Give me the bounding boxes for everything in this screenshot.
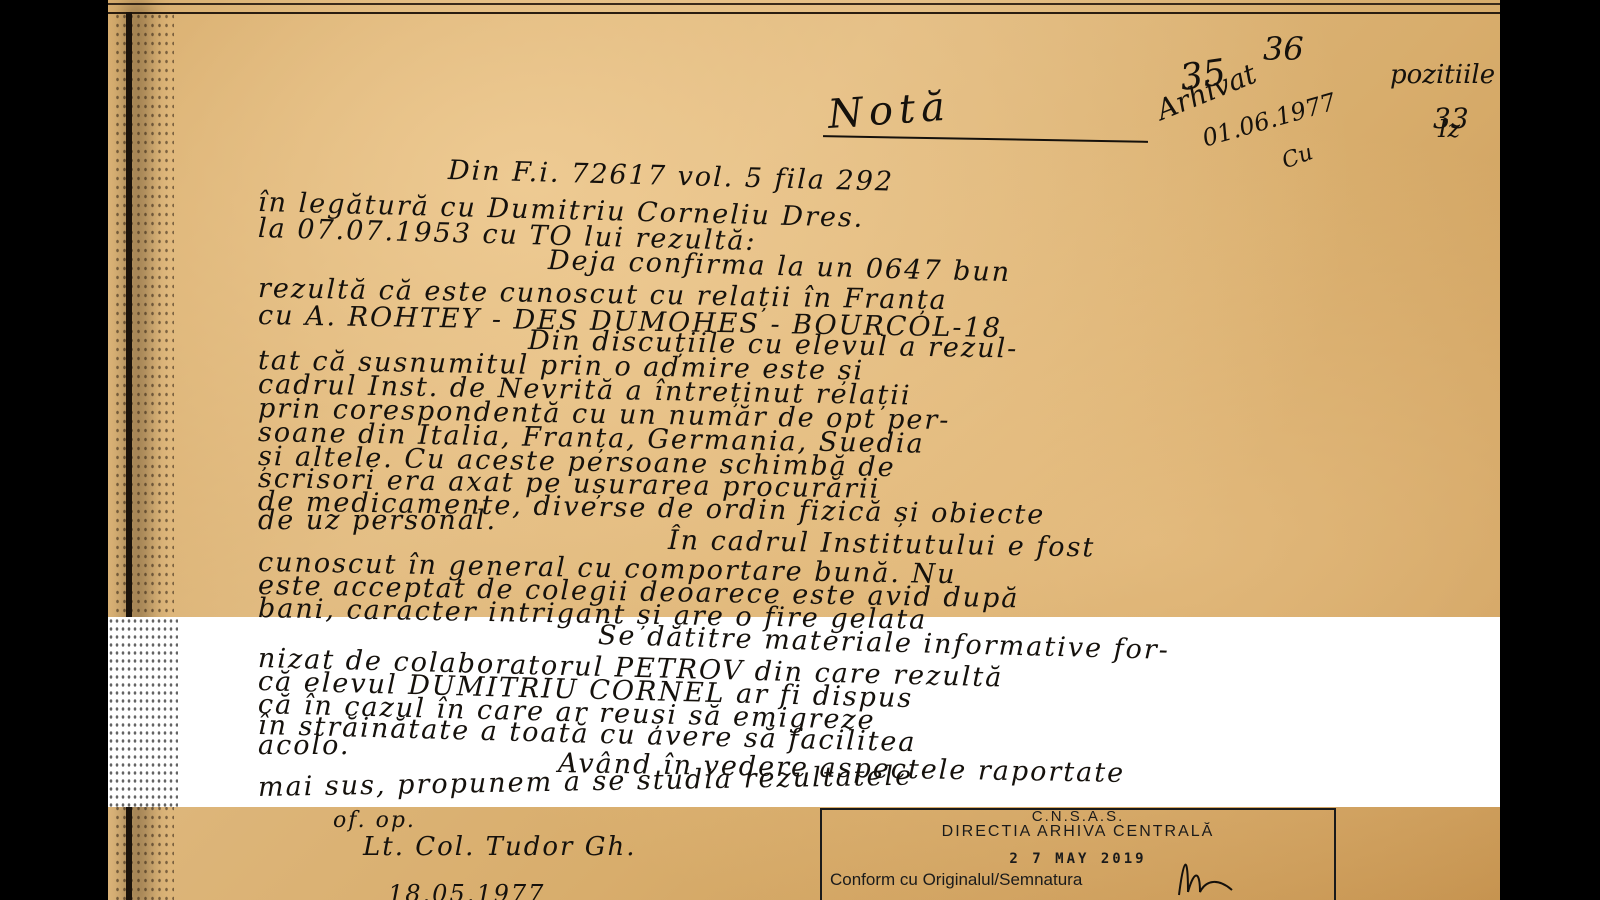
title-underline [823,135,1148,143]
body-line: de uz personal. [258,505,497,536]
page-number-top: 36 [1263,30,1304,68]
document-title: Notă [826,83,952,137]
annotation-signature: Iz [1438,115,1460,143]
stamp-certification: Conform cu Originalul/Semnatura [830,870,1082,890]
top-border-rule [108,3,1500,5]
signoff-title: of. op. [333,808,416,833]
scanned-document-page: Notă 36 35 Arhivat pozitiile 01.06.1977 … [108,0,1500,900]
body-line: Din F.i. 72617 vol. 5 fila 292 [448,155,895,198]
archive-certification-stamp: C.N.S.A.S. DIRECTIA ARHIVA CENTRALĂ 2 7 … [820,808,1336,900]
annotation-initials: Cu [1279,140,1317,174]
stamp-date: 2 7 MAY 2019 [822,851,1334,867]
stamp-department: DIRECTIA ARHIVA CENTRALĂ [822,823,1334,841]
top-border-rule-inner [108,12,1500,14]
signoff-name: Lt. Col. Tudor Gh. [363,832,637,862]
stamp-signature-icon [1174,850,1234,900]
annotation-word: pozitiile [1390,60,1495,90]
signoff-date-partial: 18.05.1977 [388,880,545,900]
scan-noise-band [108,617,178,807]
body-line: acolo. [258,730,350,761]
